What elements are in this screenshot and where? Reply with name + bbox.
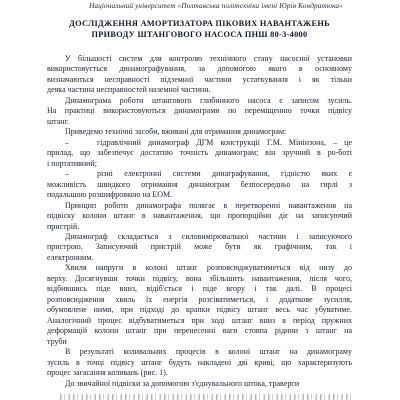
clipped-text-line — [60, 394, 352, 400]
paragraph: Хвиля напруги в колоні штанг розповсюджу… — [47, 263, 352, 347]
text-line: В результаті коливальних процесів в коло… — [47, 347, 352, 357]
paragraph: В результаті коливальних процесів в коло… — [47, 347, 352, 378]
text-line: пристрій. — [47, 222, 352, 232]
paper-title-line-1: ДОСЛІДЖЕННЯ АМОРТИЗАТОРА ПІКОВИХ НАВАНТА… — [47, 19, 352, 30]
body-text: У більшості систем для контролю технічно… — [47, 54, 352, 389]
document-page: Національний університет «Полтавська пол… — [0, 0, 400, 400]
bullet-dash: – — [65, 138, 97, 148]
text-line: –гідравлічний динамограф ДГМ конструкції… — [47, 138, 352, 148]
paragraph: Приведемо технічні засоби, вживані для о… — [47, 127, 352, 137]
text-line: труби — [47, 337, 352, 347]
paragraph: До звичайної підвіски за допомогою з'єдн… — [47, 379, 352, 389]
text-line: На практиці використовуються динамограми… — [47, 106, 352, 116]
text-line: –різні електронні системи динаграфування… — [47, 169, 352, 179]
text-line: використовується динамографування, за до… — [47, 64, 352, 74]
paragraph: Динамограма роботи штангового глибинного… — [47, 96, 352, 127]
text-line: відбившись піде вниз, відіб'ється і піде… — [47, 284, 352, 294]
paper-title-line-2: ПРИВОДУ ШТАНГОВОГО НАСОСА ПНШ 80-3-4000 — [47, 30, 352, 41]
text-line: Приведемо технічні засоби, вживані для о… — [47, 127, 352, 137]
text-line: штанг. — [47, 117, 352, 127]
text-line: деяка частина несправностей наземної час… — [47, 85, 352, 95]
bullet-text: гідравлічний динамограф ДГМ конструкції … — [97, 138, 352, 148]
paragraph: Принцип роботи динамографа полягає в пер… — [47, 201, 352, 232]
university-affiliation-line: Національний університет «Полтавська пол… — [16, 2, 400, 10]
paragraph: –різні електронні системи динаграфування… — [47, 169, 352, 200]
bullet-text: різні електронні системи динаграфування,… — [97, 169, 352, 179]
text-line: верху. Досягнувши точки підвісу, вона зб… — [47, 274, 352, 284]
text-line: У більшості систем для контролю технічно… — [47, 54, 352, 64]
text-line: До звичайної підвіски за допомогою з'єдн… — [47, 379, 352, 389]
text-line: обумовлене ними, при підході до крапки п… — [47, 305, 352, 315]
paper-title: ДОСЛІДЖЕННЯ АМОРТИЗАТОРА ПІКОВИХ НАВАНТА… — [47, 19, 352, 40]
text-line: визначаються несправності підземної част… — [47, 75, 352, 85]
text-line: розповсюдження хвиль їх енергія розсіват… — [47, 295, 352, 305]
bullet-dash: – — [65, 169, 97, 179]
paragraph: У більшості систем для контролю технічно… — [47, 54, 352, 96]
paragraph: –гідравлічний динамограф ДГМ конструкції… — [47, 138, 352, 169]
text-line: Динамограф складається з силовимірювальн… — [47, 232, 352, 242]
paragraph: Динамограф складається з силовимірювальн… — [47, 232, 352, 263]
text-line: і портативний; — [47, 159, 352, 169]
text-line: Динамограма роботи штангового глибинного… — [47, 96, 352, 106]
text-line: електронним. — [47, 253, 352, 263]
text-line: підвіску колони штанг в навантаження, що… — [47, 211, 352, 221]
text-line: можливість швидкого отримання динамограм… — [47, 180, 352, 190]
text-line: прилад, що забезпечує достатню точність … — [47, 148, 352, 158]
text-line: Хвиля напруги в колоні штанг розповсюджу… — [47, 263, 352, 273]
text-line: деформацій колони штанг при перенесенні … — [47, 326, 352, 336]
text-line: подальшою розшифровкою на ЕОМ. — [47, 190, 352, 200]
text-line: Принцип роботи динамографа полягає в пер… — [47, 201, 352, 211]
text-line: процес загасання коливань (рис. 1). — [47, 368, 352, 378]
text-line: Аналогічний процес відбуватиметься при х… — [47, 316, 352, 326]
text-line: пристрою. Записуючий пристрій може бути … — [47, 242, 352, 252]
text-line: зусиль в точці підвісу штанг будуть накл… — [47, 358, 352, 368]
